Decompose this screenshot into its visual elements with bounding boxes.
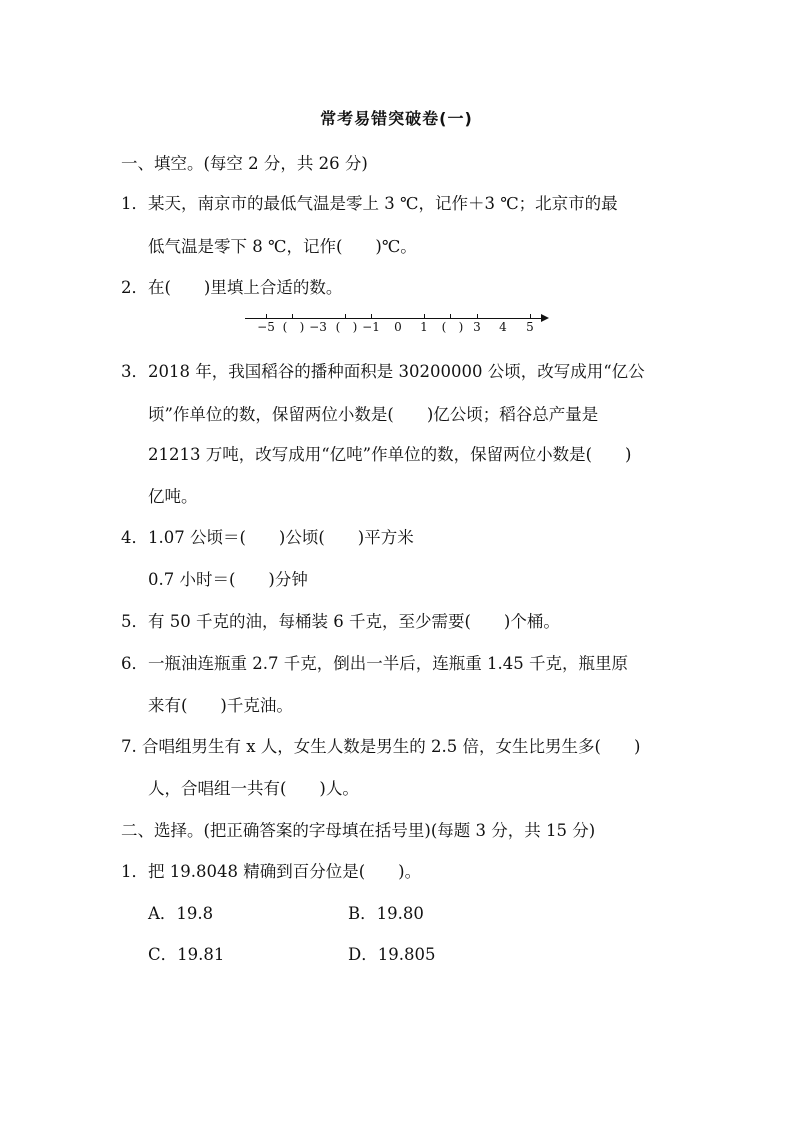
tick-mark xyxy=(292,314,293,319)
blank-close: ) xyxy=(353,320,358,334)
question-text: 2018 年，我国稻谷的播种面积是 30200000 公顷，改写成用“亿公 xyxy=(148,362,645,381)
question-number: 1． xyxy=(121,858,148,882)
question-number: 6． xyxy=(121,650,148,674)
tick-mark xyxy=(477,314,478,319)
question-2: 2．在( )里填上合适的数。 xyxy=(121,274,342,298)
question-text: 在( )里填上合适的数。 xyxy=(148,278,342,297)
question-3-line-3: 21213 万吨，改写成用“亿吨”作单位的数，保留两位小数是( ) xyxy=(148,441,631,465)
option-letter: D． xyxy=(348,945,378,964)
question-3-line-4: 亿吨。 xyxy=(148,483,198,507)
question-7-line-2: 人，合唱组一共有( )人。 xyxy=(148,775,359,799)
option-a: A．19.8 xyxy=(148,900,213,924)
question-text: 1.07 公顷＝( )公顷( )平方米 xyxy=(148,528,414,547)
blank-open: ( xyxy=(283,320,288,334)
page-title: 常考易错突破卷(一) xyxy=(0,106,793,129)
option-d: D．19.805 xyxy=(348,941,435,965)
option-letter: B． xyxy=(348,904,377,923)
tick-label: −5 xyxy=(257,320,275,334)
tick-label: 5 xyxy=(526,320,534,334)
question-1-line-2: 低气温是零下 8 ℃，记作( )℃。 xyxy=(148,233,417,257)
question-6-line-2: 来有( )千克油。 xyxy=(148,692,293,716)
question-number: 1． xyxy=(121,190,148,214)
option-value: 19.8 xyxy=(176,904,213,923)
blank-open: ( xyxy=(336,320,341,334)
tick-label: 3 xyxy=(473,320,481,334)
question-3-line-2: 顷”作单位的数，保留两位小数是( )亿公顷；稻谷总产量是 xyxy=(148,401,598,425)
question-text: 把 19.8048 精确到百分位是( )。 xyxy=(148,862,421,881)
arrow-right-icon xyxy=(541,314,549,322)
tick-mark xyxy=(371,314,372,319)
tick-label: 1 xyxy=(420,320,428,334)
tick-mark xyxy=(266,314,267,319)
question-number: 5． xyxy=(121,608,148,632)
tick-mark xyxy=(424,314,425,319)
blank-close: ) xyxy=(459,320,464,334)
section-1-heading: 一、填空。(每空 2 分，共 26 分) xyxy=(121,150,368,174)
blank-close: ) xyxy=(300,320,305,334)
option-letter: A． xyxy=(148,904,176,923)
option-value: 19.805 xyxy=(378,945,436,964)
question-text: 某天，南京市的最低气温是零上 3 ℃，记作＋3 ℃；北京市的最 xyxy=(148,194,618,213)
number-line-axis xyxy=(245,318,545,319)
section-2-heading: 二、选择。(把正确答案的字母填在括号里)(每题 3 分，共 15 分) xyxy=(121,817,595,841)
question-5: 5．有 50 千克的油，每桶装 6 千克，至少需要( )个桶。 xyxy=(121,608,560,632)
tick-label: 0 xyxy=(394,320,402,334)
question-4: 4．1.07 公顷＝( )公顷( )平方米 xyxy=(121,524,414,548)
choice-question-1: 1．把 19.8048 精确到百分位是( )。 xyxy=(121,858,421,882)
question-3: 3．2018 年，我国稻谷的播种面积是 30200000 公顷，改写成用“亿公 xyxy=(121,358,645,382)
question-number: 2． xyxy=(121,274,148,298)
blank-open: ( xyxy=(442,320,447,334)
question-1: 1．某天，南京市的最低气温是零上 3 ℃，记作＋3 ℃；北京市的最 xyxy=(121,190,618,214)
question-number: 4． xyxy=(121,524,148,548)
option-c: C．19.81 xyxy=(148,941,224,965)
option-letter: C． xyxy=(148,945,177,964)
tick-mark xyxy=(450,314,451,319)
option-value: 19.80 xyxy=(377,904,424,923)
option-b: B．19.80 xyxy=(348,900,424,924)
question-7: 7.合唱组男生有 x 人，女生人数是男生的 2.5 倍，女生比男生多( ) xyxy=(121,733,640,757)
tick-label: −1 xyxy=(362,320,380,334)
question-4-line-2: 0.7 小时＝( )分钟 xyxy=(148,566,308,590)
tick-label: 4 xyxy=(499,320,507,334)
question-text: 合唱组男生有 x 人，女生人数是男生的 2.5 倍，女生比男生多( ) xyxy=(142,737,640,756)
tick-mark xyxy=(345,314,346,319)
question-number: 7. xyxy=(121,737,142,756)
question-text: 一瓶油连瓶重 2.7 千克，倒出一半后，连瓶重 1.45 千克，瓶里原 xyxy=(148,654,628,673)
number-line: −5 ( ) −3 ( ) −1 0 1 ( ) 3 4 5 xyxy=(245,308,555,334)
question-text: 有 50 千克的油，每桶装 6 千克，至少需要( )个桶。 xyxy=(148,612,560,631)
tick-mark xyxy=(530,314,531,319)
question-6: 6．一瓶油连瓶重 2.7 千克，倒出一半后，连瓶重 1.45 千克，瓶里原 xyxy=(121,650,628,674)
tick-label: −3 xyxy=(309,320,327,334)
question-number: 3． xyxy=(121,358,148,382)
option-value: 19.81 xyxy=(177,945,224,964)
